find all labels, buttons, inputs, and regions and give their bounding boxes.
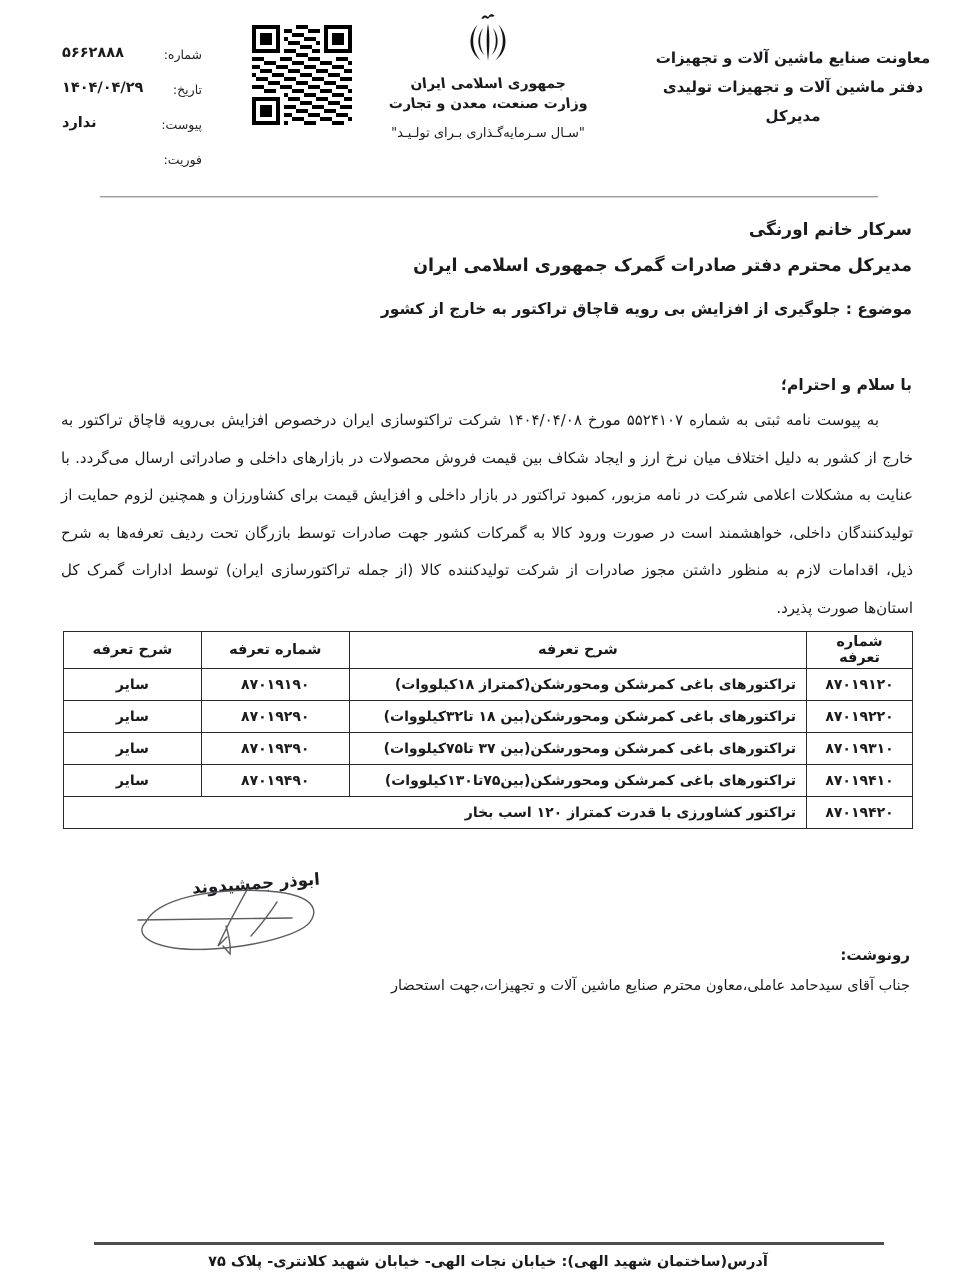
- signature-block: ابوذر جمشیدوند: [124, 858, 334, 958]
- table-row: ۸۷۰۱۹۴۱۰ تراکتورهای باغی کمرشکن ومحورشکن…: [64, 765, 913, 797]
- tariff-desc-cell: تراکتورهای باغی کمرشکن ومحورشکن(بین۷۵تا۱…: [349, 765, 806, 797]
- department-line3: مدیرکل: [648, 102, 938, 131]
- department-line2: دفتر ماشین آلات و تجهیزات تولیدی: [648, 73, 938, 102]
- letterhead-country: جمهوری اسلامی ایران: [381, 76, 595, 92]
- letter-meta: ۵۶۶۲۸۸۸شماره: ۱۴۰۴/۰۴/۲۹تاریخ: نداردپیوس…: [56, 36, 202, 176]
- table-row-merged: ۸۷۰۱۹۴۲۰ تراکتور کشاورزی با قدرت کمتراز …: [64, 797, 913, 829]
- header-tariff-number-1: شماره تعرفه: [807, 632, 913, 669]
- meta-date-value: ۱۴۰۴/۰۴/۲۹: [62, 71, 143, 106]
- meta-number-label: شماره:: [164, 47, 202, 62]
- meta-date-label: تاریخ:: [173, 82, 202, 97]
- tariff-table: شماره تعرفه شرح تعرفه شماره تعرفه شرح تع…: [63, 631, 913, 829]
- department-line1: معاونت صنایع ماشین آلات و تجهیزات: [648, 44, 938, 73]
- meta-urgency-label: فوریت:: [164, 152, 202, 167]
- tariff-desc-cell: تراکتورهای باغی کمرشکن ومحورشکن(بین ۱۸ ت…: [349, 701, 806, 733]
- letter-page: ۵۶۶۲۸۸۸شماره: ۱۴۰۴/۰۴/۲۹تاریخ: نداردپیوس…: [0, 0, 976, 1280]
- recipient-title: مدیرکل محترم دفتر صادرات گمرک جمهوری اسل…: [64, 256, 912, 276]
- tariff-other-cell: سایر: [64, 701, 202, 733]
- table-row: ۸۷۰۱۹۲۲۰ تراکتورهای باغی کمرشکن ومحورشکن…: [64, 701, 913, 733]
- addressee-block: سرکار خانم اورنگی مدیرکل محترم دفتر صادر…: [64, 220, 912, 318]
- tariff-desc-cell: تراکتورهای باغی کمرشکن ومحورشکن(کمتراز ۱…: [349, 669, 806, 701]
- tariff-number-cell: ۸۷۰۱۹۳۱۰: [807, 733, 913, 765]
- tariff-number-cell: ۸۷۰۱۹۴۹۰: [201, 765, 349, 797]
- header-tariff-desc-2: شرح تعرفه: [64, 632, 202, 669]
- tariff-desc-cell: تراکتورهای باغی کمرشکن ومحورشکن(بین ۳۷ ت…: [349, 733, 806, 765]
- body-paragraph: به پیوست نامه ثبتی به شماره ۵۵۲۴۱۰۷ مورخ…: [61, 402, 913, 628]
- tariff-other-cell: سایر: [64, 669, 202, 701]
- meta-urgency: فوریت:: [56, 141, 202, 176]
- table-row: ۸۷۰۱۹۳۱۰ تراکتورهای باغی کمرشکن ومحورشکن…: [64, 733, 913, 765]
- tariff-number-cell: ۸۷۰۱۹۴۱۰: [807, 765, 913, 797]
- iran-emblem-icon: [458, 12, 518, 74]
- tariff-other-cell: سایر: [64, 765, 202, 797]
- cc-recipient: جناب آقای سیدحامد عاملی،معاون محترم صنای…: [66, 978, 910, 994]
- footer-address: آدرس(ساختمان شهید الهی): خیابان نجات اله…: [0, 1254, 976, 1270]
- tariff-header-row: شماره تعرفه شرح تعرفه شماره تعرفه شرح تع…: [64, 632, 913, 669]
- header-divider: [100, 196, 878, 198]
- tariff-number-cell: ۸۷۰۱۹۲۲۰: [807, 701, 913, 733]
- subject-line: موضوع : جلوگیری از افزایش بی رویه قاچاق …: [64, 300, 912, 318]
- tariff-number-cell: ۸۷۰۱۹۲۹۰: [201, 701, 349, 733]
- salutation: با سلام و احترام؛: [781, 376, 912, 394]
- table-row: ۸۷۰۱۹۱۲۰ تراکتورهای باغی کمرشکن ومحورشکن…: [64, 669, 913, 701]
- tariff-desc-cell-merged: تراکتور کشاورزی با قدرت کمتراز ۱۲۰ اسب ب…: [64, 797, 807, 829]
- cc-block: رونوشت: جناب آقای سیدحامد عاملی،معاون مح…: [66, 946, 910, 994]
- recipient-name: سرکار خانم اورنگی: [64, 220, 912, 240]
- meta-number-value: ۵۶۶۲۸۸۸: [62, 36, 124, 71]
- footer-divider: [94, 1242, 884, 1245]
- meta-number: ۵۶۶۲۸۸۸شماره:: [56, 36, 202, 71]
- tariff-other-cell: سایر: [64, 733, 202, 765]
- letterhead-slogan: "سـال سـرمایه‌گـذاری بـرای تولـیـد": [382, 126, 594, 141]
- tariff-number-cell: ۸۷۰۱۹۴۲۰: [807, 797, 913, 829]
- tariff-number-cell: ۸۷۰۱۹۱۹۰: [201, 669, 349, 701]
- tariff-number-cell: ۸۷۰۱۹۱۲۰: [807, 669, 913, 701]
- meta-attachment-label: پیوست:: [161, 117, 202, 132]
- cc-label: رونوشت:: [66, 946, 910, 964]
- header-tariff-desc-1: شرح تعرفه: [349, 632, 806, 669]
- letterhead-department: معاونت صنایع ماشین آلات و تجهیزات دفتر م…: [648, 44, 938, 131]
- meta-attachment: نداردپیوست:: [56, 106, 202, 141]
- meta-attachment-value: ندارد: [62, 106, 97, 141]
- header-tariff-number-2: شماره تعرفه: [201, 632, 349, 669]
- tariff-number-cell: ۸۷۰۱۹۳۹۰: [201, 733, 349, 765]
- letterhead-center: جمهوری اسلامی ایران وزارت صنعت، معدن و ت…: [382, 12, 594, 141]
- meta-date: ۱۴۰۴/۰۴/۲۹تاریخ:: [56, 71, 202, 106]
- qr-code: [252, 25, 352, 125]
- letterhead-ministry: وزارت صنعت، معدن و تجارت: [381, 96, 595, 112]
